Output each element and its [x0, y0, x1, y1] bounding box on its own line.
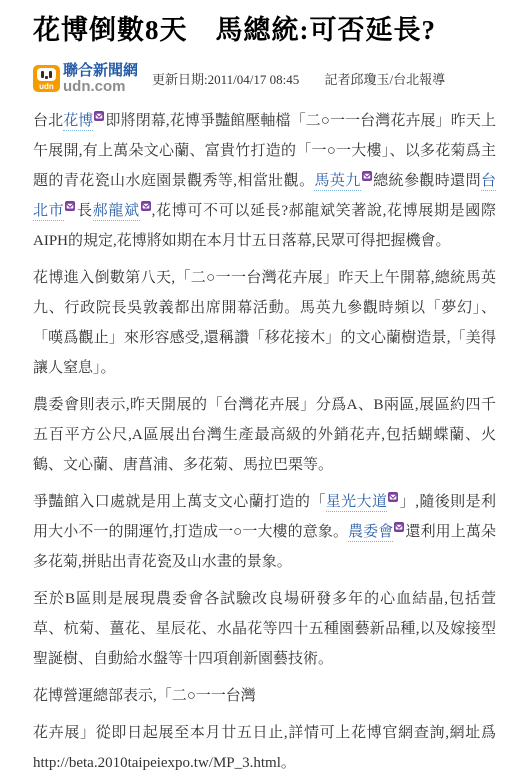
- page-title: 花博倒數8天 馬總統:可否延長?: [33, 12, 496, 48]
- paragraph-text: 花卉展」從即日起展至本月廿五日止,詳情可上花博官網查詢,網址爲http://be…: [33, 725, 496, 771]
- paragraph-text: 爭豔館入口處就是用上萬支文心蘭打造的「: [33, 494, 326, 510]
- paragraph: 農委會則表示,昨天開展的「台灣花卉展」分爲A、B兩區,展區約四千五百平方公尺,A…: [33, 390, 496, 480]
- udn-logo-text: 聯合新聞網 udn.com: [63, 63, 138, 94]
- article-meta: 更新日期:2011/04/17 08:45 記者邱瓊玉/台北報導: [152, 69, 445, 88]
- entity-link[interactable]: 馬英九: [314, 173, 360, 191]
- paragraph: 台北花博即將閉幕,花博爭豔館壓軸檔「二○一一台灣花卉展」昨天上午展開,有上萬朵文…: [33, 106, 496, 256]
- paragraph: 花卉展」從即日起展至本月廿五日止,詳情可上花博官網查詢,網址爲http://be…: [33, 718, 496, 771]
- site-domain: udn.com: [63, 79, 138, 94]
- accelerator-badge-icon[interactable]: [388, 492, 398, 502]
- udn-face-mouth: [45, 76, 48, 79]
- entity-link[interactable]: 農委會: [348, 524, 393, 542]
- reporter-byline: 記者邱瓊玉/台北報導: [324, 72, 445, 87]
- udn-logo-label: udn: [33, 82, 60, 92]
- accelerator-badge-icon[interactable]: [141, 201, 151, 211]
- news-article-page: 花博倒數8天 馬總統:可否延長? udn 聯合新聞網 udn.com 更新日期:…: [0, 0, 520, 771]
- byline-row: udn 聯合新聞網 udn.com 更新日期:2011/04/17 08:45 …: [33, 60, 496, 96]
- paragraph-text: 台北: [33, 113, 63, 129]
- accelerator-badge-icon[interactable]: [65, 201, 75, 211]
- paragraph: 爭豔館入口處就是用上萬支文心蘭打造的「星光大道」,隨後則是利用大小不一的開運竹,…: [33, 487, 496, 577]
- udn-logo[interactable]: udn 聯合新聞網 udn.com: [33, 63, 138, 94]
- article-body: 台北花博即將閉幕,花博爭豔館壓軸檔「二○一一台灣花卉展」昨天上午展開,有上萬朵文…: [33, 106, 496, 771]
- paragraph: 至於B區則是展現農委會各試驗改良場研發多年的心血結晶,包括萱草、杭菊、薑花、星辰…: [33, 584, 496, 674]
- entity-link[interactable]: 星光大道: [326, 494, 388, 512]
- udn-face-icon: [37, 68, 56, 81]
- entity-link[interactable]: 花博: [63, 113, 93, 131]
- paragraph-text: 農委會則表示,昨天開展的「台灣花卉展」分爲A、B兩區,展區約四千五百平方公尺,A…: [33, 397, 496, 473]
- site-name: 聯合新聞網: [63, 63, 138, 79]
- paragraph-text: 至於B區則是展現農委會各試驗改良場研發多年的心血結晶,包括萱草、杭菊、薑花、星辰…: [33, 591, 496, 667]
- paragraph-text: 花博進入倒數第八天,「二○一一台灣花卉展」昨天上午開幕,總統馬英九、行政院長吳敦…: [33, 270, 496, 376]
- paragraph-text: 花博營運總部表示,「二○一一台灣: [33, 688, 256, 704]
- accelerator-badge-icon[interactable]: [94, 111, 104, 121]
- update-date: 更新日期:2011/04/17 08:45: [152, 72, 299, 87]
- udn-logo-icon: udn: [33, 65, 60, 92]
- udn-face-eye-right: [49, 71, 52, 78]
- paragraph-text: 長: [76, 203, 92, 219]
- paragraph: 花博進入倒數第八天,「二○一一台灣花卉展」昨天上午開幕,總統馬英九、行政院長吳敦…: [33, 263, 496, 383]
- udn-face-eye-left: [41, 71, 44, 78]
- paragraph: 花博營運總部表示,「二○一一台灣: [33, 681, 496, 711]
- paragraph-text: 總統參觀時還問: [373, 173, 481, 189]
- accelerator-badge-icon[interactable]: [394, 522, 404, 532]
- entity-link[interactable]: 郝龍斌: [93, 203, 140, 221]
- accelerator-badge-icon[interactable]: [362, 171, 372, 181]
